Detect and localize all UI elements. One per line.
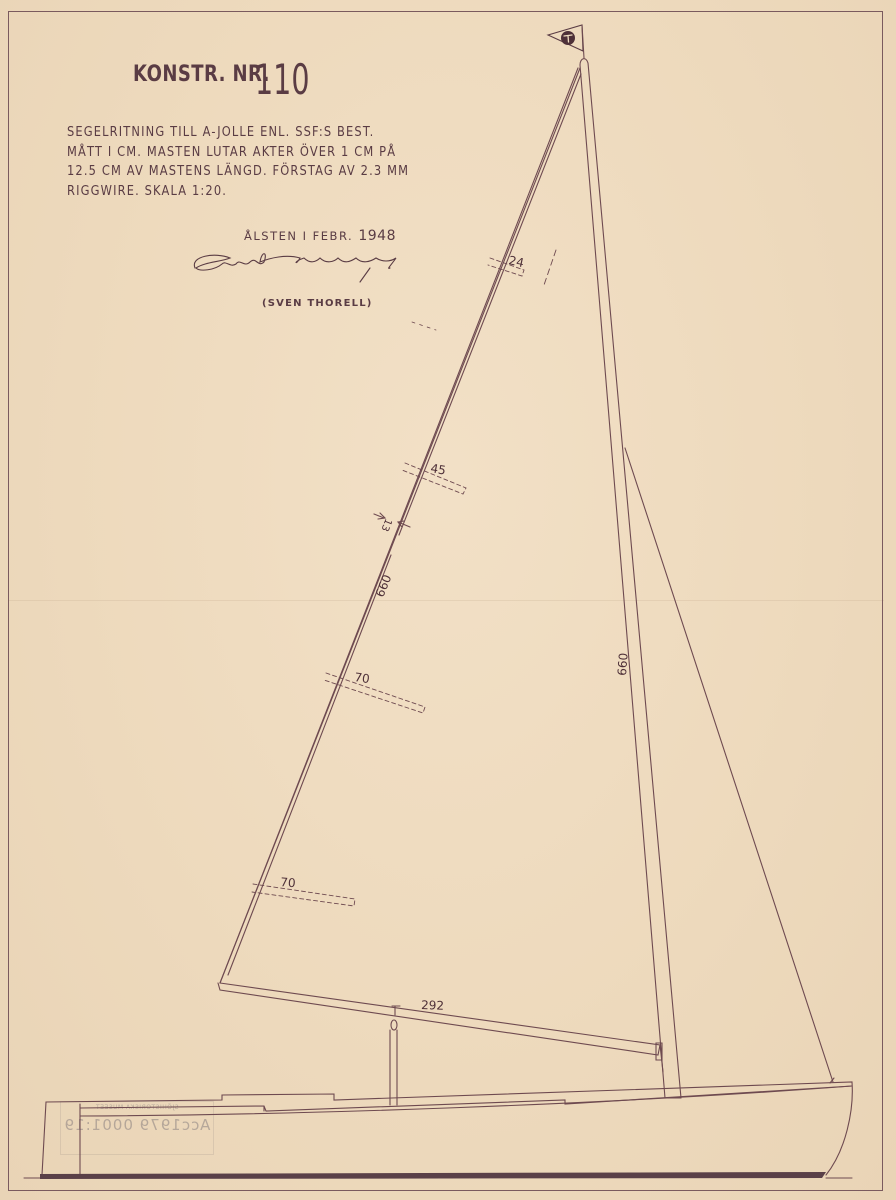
dim-luff-length: 660: [373, 573, 395, 599]
dim-batten-middle: 70: [354, 670, 371, 686]
mast: [580, 59, 681, 1098]
sail-plan-drawing: 24 45 13 660 70 70 660 292: [0, 0, 896, 1200]
dim-batten-upper: 45: [429, 461, 446, 477]
burgee-flag: [548, 25, 584, 58]
boom: [218, 983, 663, 1072]
dim-mast-length: 660: [615, 652, 631, 676]
boom-crutch: [390, 1006, 400, 1105]
hull-bottom-keel-line: [40, 1172, 826, 1179]
dim-boom-length: 292: [421, 998, 444, 1013]
hull: [24, 1078, 852, 1178]
dim-luff-width: 13: [378, 517, 393, 533]
signature: [194, 254, 396, 282]
dim-batten-lower: 70: [280, 875, 296, 890]
dim-batten-top: 24: [507, 253, 525, 270]
